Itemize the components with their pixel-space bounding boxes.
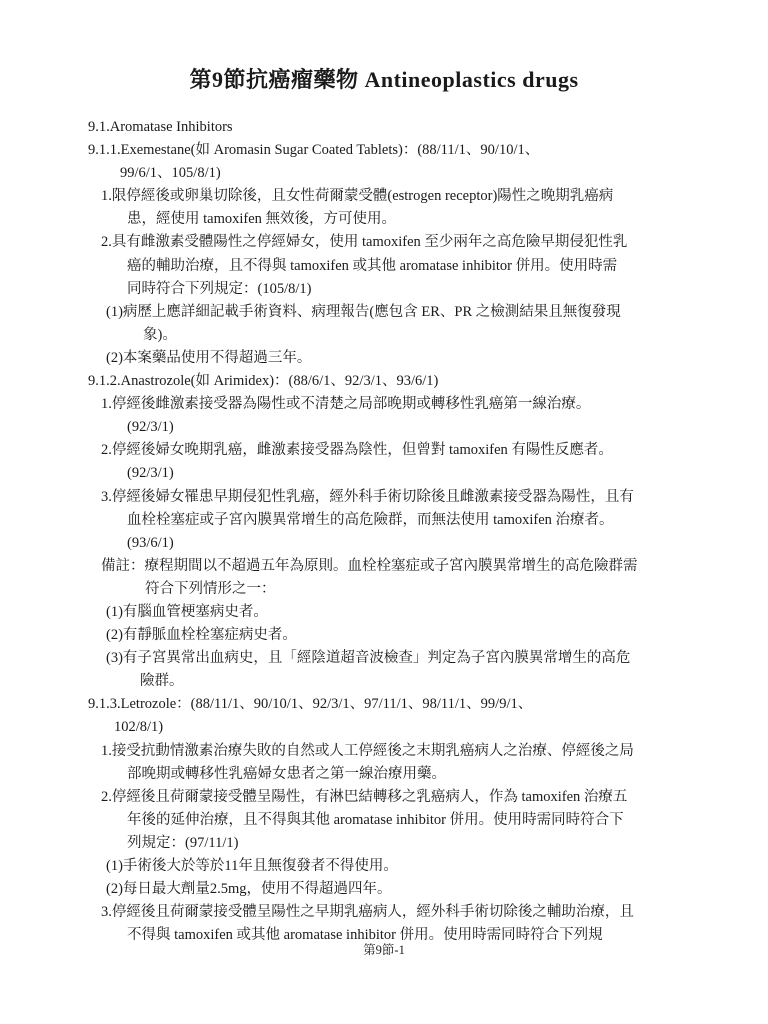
text-line: (92/3/1) xyxy=(88,462,708,485)
text-line: (1)手術後大於等於11年且無復發者不得使用。 xyxy=(88,855,708,878)
text-line: 1.停經後雌激素接受器為陽性或不清楚之局部晚期或轉移性乳癌第一線治療。 xyxy=(88,393,708,416)
text-line: 險群。 xyxy=(88,670,708,693)
text-line: 3.停經後婦女罹患早期侵犯性乳癌，經外科手術切除後且雌激素接受器為陽性，且有 xyxy=(88,486,708,509)
text-line: 2.具有雌激素受體陽性之停經婦女，使用 tamoxifen 至少兩年之高危險早期… xyxy=(88,231,708,254)
text-line: 9.1.3.Letrozole：(88/11/1、90/10/1、92/3/1、… xyxy=(88,693,708,716)
text-line: 9.1.1.Exemestane(如 Aromasin Sugar Coated… xyxy=(88,139,708,162)
text-line: 1.限停經後或卵巢切除後，且女性荷爾蒙受體(estrogen receptor)… xyxy=(88,185,708,208)
text-line: (2)本案藥品使用不得超過三年。 xyxy=(88,347,708,370)
text-line: 備註：療程期間以不超過五年為原則。血栓栓塞症或子宮內膜異常增生的高危險群需 xyxy=(88,555,708,578)
text-line: 癌的輔助治療，且不得與 tamoxifen 或其他 aromatase inhi… xyxy=(88,255,708,278)
text-line: 9.1.Aromatase Inhibitors xyxy=(88,116,708,139)
text-line: 9.1.2.Anastrozole(如 Arimidex)：(88/6/1、92… xyxy=(88,370,708,393)
text-line: (93/6/1) xyxy=(88,532,708,555)
text-line: (1)病歷上應詳細記載手術資料、病理報告(應包含 ER、PR 之檢測結果且無復發… xyxy=(88,301,708,324)
text-line: 符合下列情形之一： xyxy=(88,578,708,601)
page-title: 第9節抗癌瘤藥物 Antineoplastics drugs xyxy=(0,0,768,95)
text-line: (2)每日最大劑量2.5mg，使用不得超過四年。 xyxy=(88,878,708,901)
text-line: 2.停經後且荷爾蒙接受體呈陽性，有淋巴結轉移之乳癌病人，作為 tamoxifen… xyxy=(88,786,708,809)
text-line: 患，經使用 tamoxifen 無效後，方可使用。 xyxy=(88,208,708,231)
text-line: 血栓栓塞症或子宮內膜異常增生的高危險群，而無法使用 tamoxifen 治療者。 xyxy=(88,509,708,532)
text-line: (92/3/1) xyxy=(88,416,708,439)
text-line: 3.停經後且荷爾蒙接受體呈陽性之早期乳癌病人，經外科手術切除後之輔助治療，且 xyxy=(88,901,708,924)
text-line: 年後的延伸治療，且不得與其他 aromatase inhibitor 併用。使用… xyxy=(88,809,708,832)
text-line: (1)有腦血管梗塞病史者。 xyxy=(88,601,708,624)
text-line: (2)有靜脈血栓栓塞症病史者。 xyxy=(88,624,708,647)
text-line: 列規定：(97/11/1) xyxy=(88,832,708,855)
text-line: 部晚期或轉移性乳癌婦女患者之第一線治療用藥。 xyxy=(88,763,708,786)
document-page: 第9節抗癌瘤藥物 Antineoplastics drugs 9.1.Aroma… xyxy=(0,0,768,1024)
text-line: 2.停經後婦女晚期乳癌，雌激素接受器為陰性，但曾對 tamoxifen 有陽性反… xyxy=(88,439,708,462)
text-line: 1.接受抗動情激素治療失敗的自然或人工停經後之末期乳癌病人之治療、停經後之局 xyxy=(88,740,708,763)
text-line: 象)。 xyxy=(88,324,708,347)
text-line: 102/8/1) xyxy=(88,716,708,739)
text-line: 99/6/1、105/8/1) xyxy=(88,162,708,185)
document-body: 9.1.Aromatase Inhibitors9.1.1.Exemestane… xyxy=(0,116,768,947)
text-line: (3)有子宮異常出血病史，且「經陰道超音波檢查」判定為子宮內膜異常增生的高危 xyxy=(88,647,708,670)
text-line: 同時符合下列規定：(105/8/1) xyxy=(88,278,708,301)
page-footer: 第9節-1 xyxy=(0,941,768,959)
